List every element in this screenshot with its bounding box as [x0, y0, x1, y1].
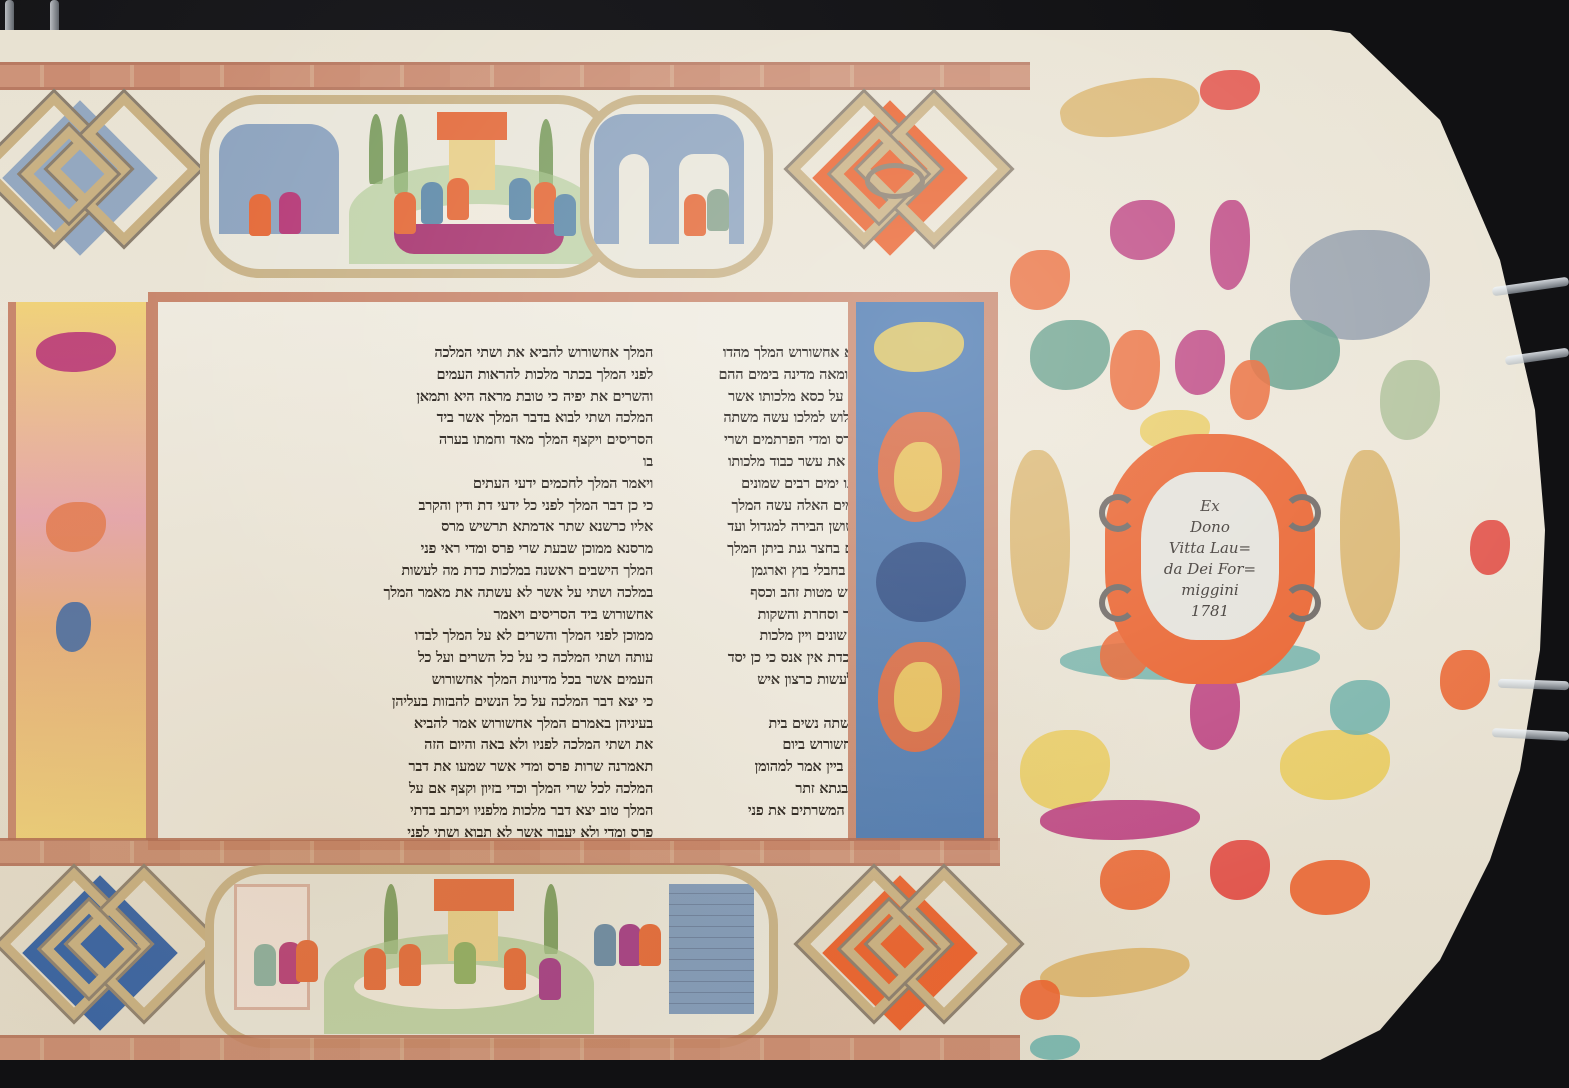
bottom-border-band [0, 1035, 1020, 1063]
ornamented-end-panel [1000, 30, 1545, 1060]
vignette-bottom-banquet [205, 865, 778, 1048]
text-panel: ויהי בימי אחשורוש הוא אחשורוש המלך מהדוו… [148, 292, 998, 850]
bird [1290, 230, 1430, 340]
knotwork-panel [0, 95, 200, 265]
text-column-left: המלך אחשורוש להביא את ושתי המלכהלפני המל… [338, 342, 653, 843]
scroll: ויהי בימי אחשורוש הוא אחשורוש המלך מהדוו… [0, 30, 1545, 1060]
lion-rampant-right [1340, 450, 1400, 630]
middle-border-band [0, 838, 1000, 866]
lion-bottom [1038, 940, 1193, 1005]
center-floral-panel [848, 302, 992, 840]
knotwork-panel-orange [770, 95, 1010, 265]
lion-top [1056, 68, 1203, 146]
text-column-right: ויהי בימי אחשורוש הוא אחשורוש המלך מהדוו… [655, 342, 970, 822]
dedication-cartouche: Ex Dono Vitta Lau= da Dei For= miggini 1… [1105, 434, 1315, 684]
vignette-top-arcade [580, 95, 773, 278]
top-border-band [0, 62, 1030, 90]
parchment: ויהי בימי אחשורוש הוא אחשורוש המלך מהדוו… [0, 30, 1545, 1060]
knotwork-panel-blue [0, 870, 220, 1040]
lion-rampant-left [1010, 450, 1070, 630]
left-floral-panel [8, 302, 154, 840]
dedication-inscription: Ex Dono Vitta Lau= da Dei For= miggini 1… [1135, 496, 1285, 622]
bottom-ornament-strip [0, 865, 1010, 1065]
knotwork-panel-orange-bottom [780, 870, 1020, 1040]
top-ornament-strip [0, 90, 1010, 290]
vignette-top-banquet [200, 95, 618, 278]
